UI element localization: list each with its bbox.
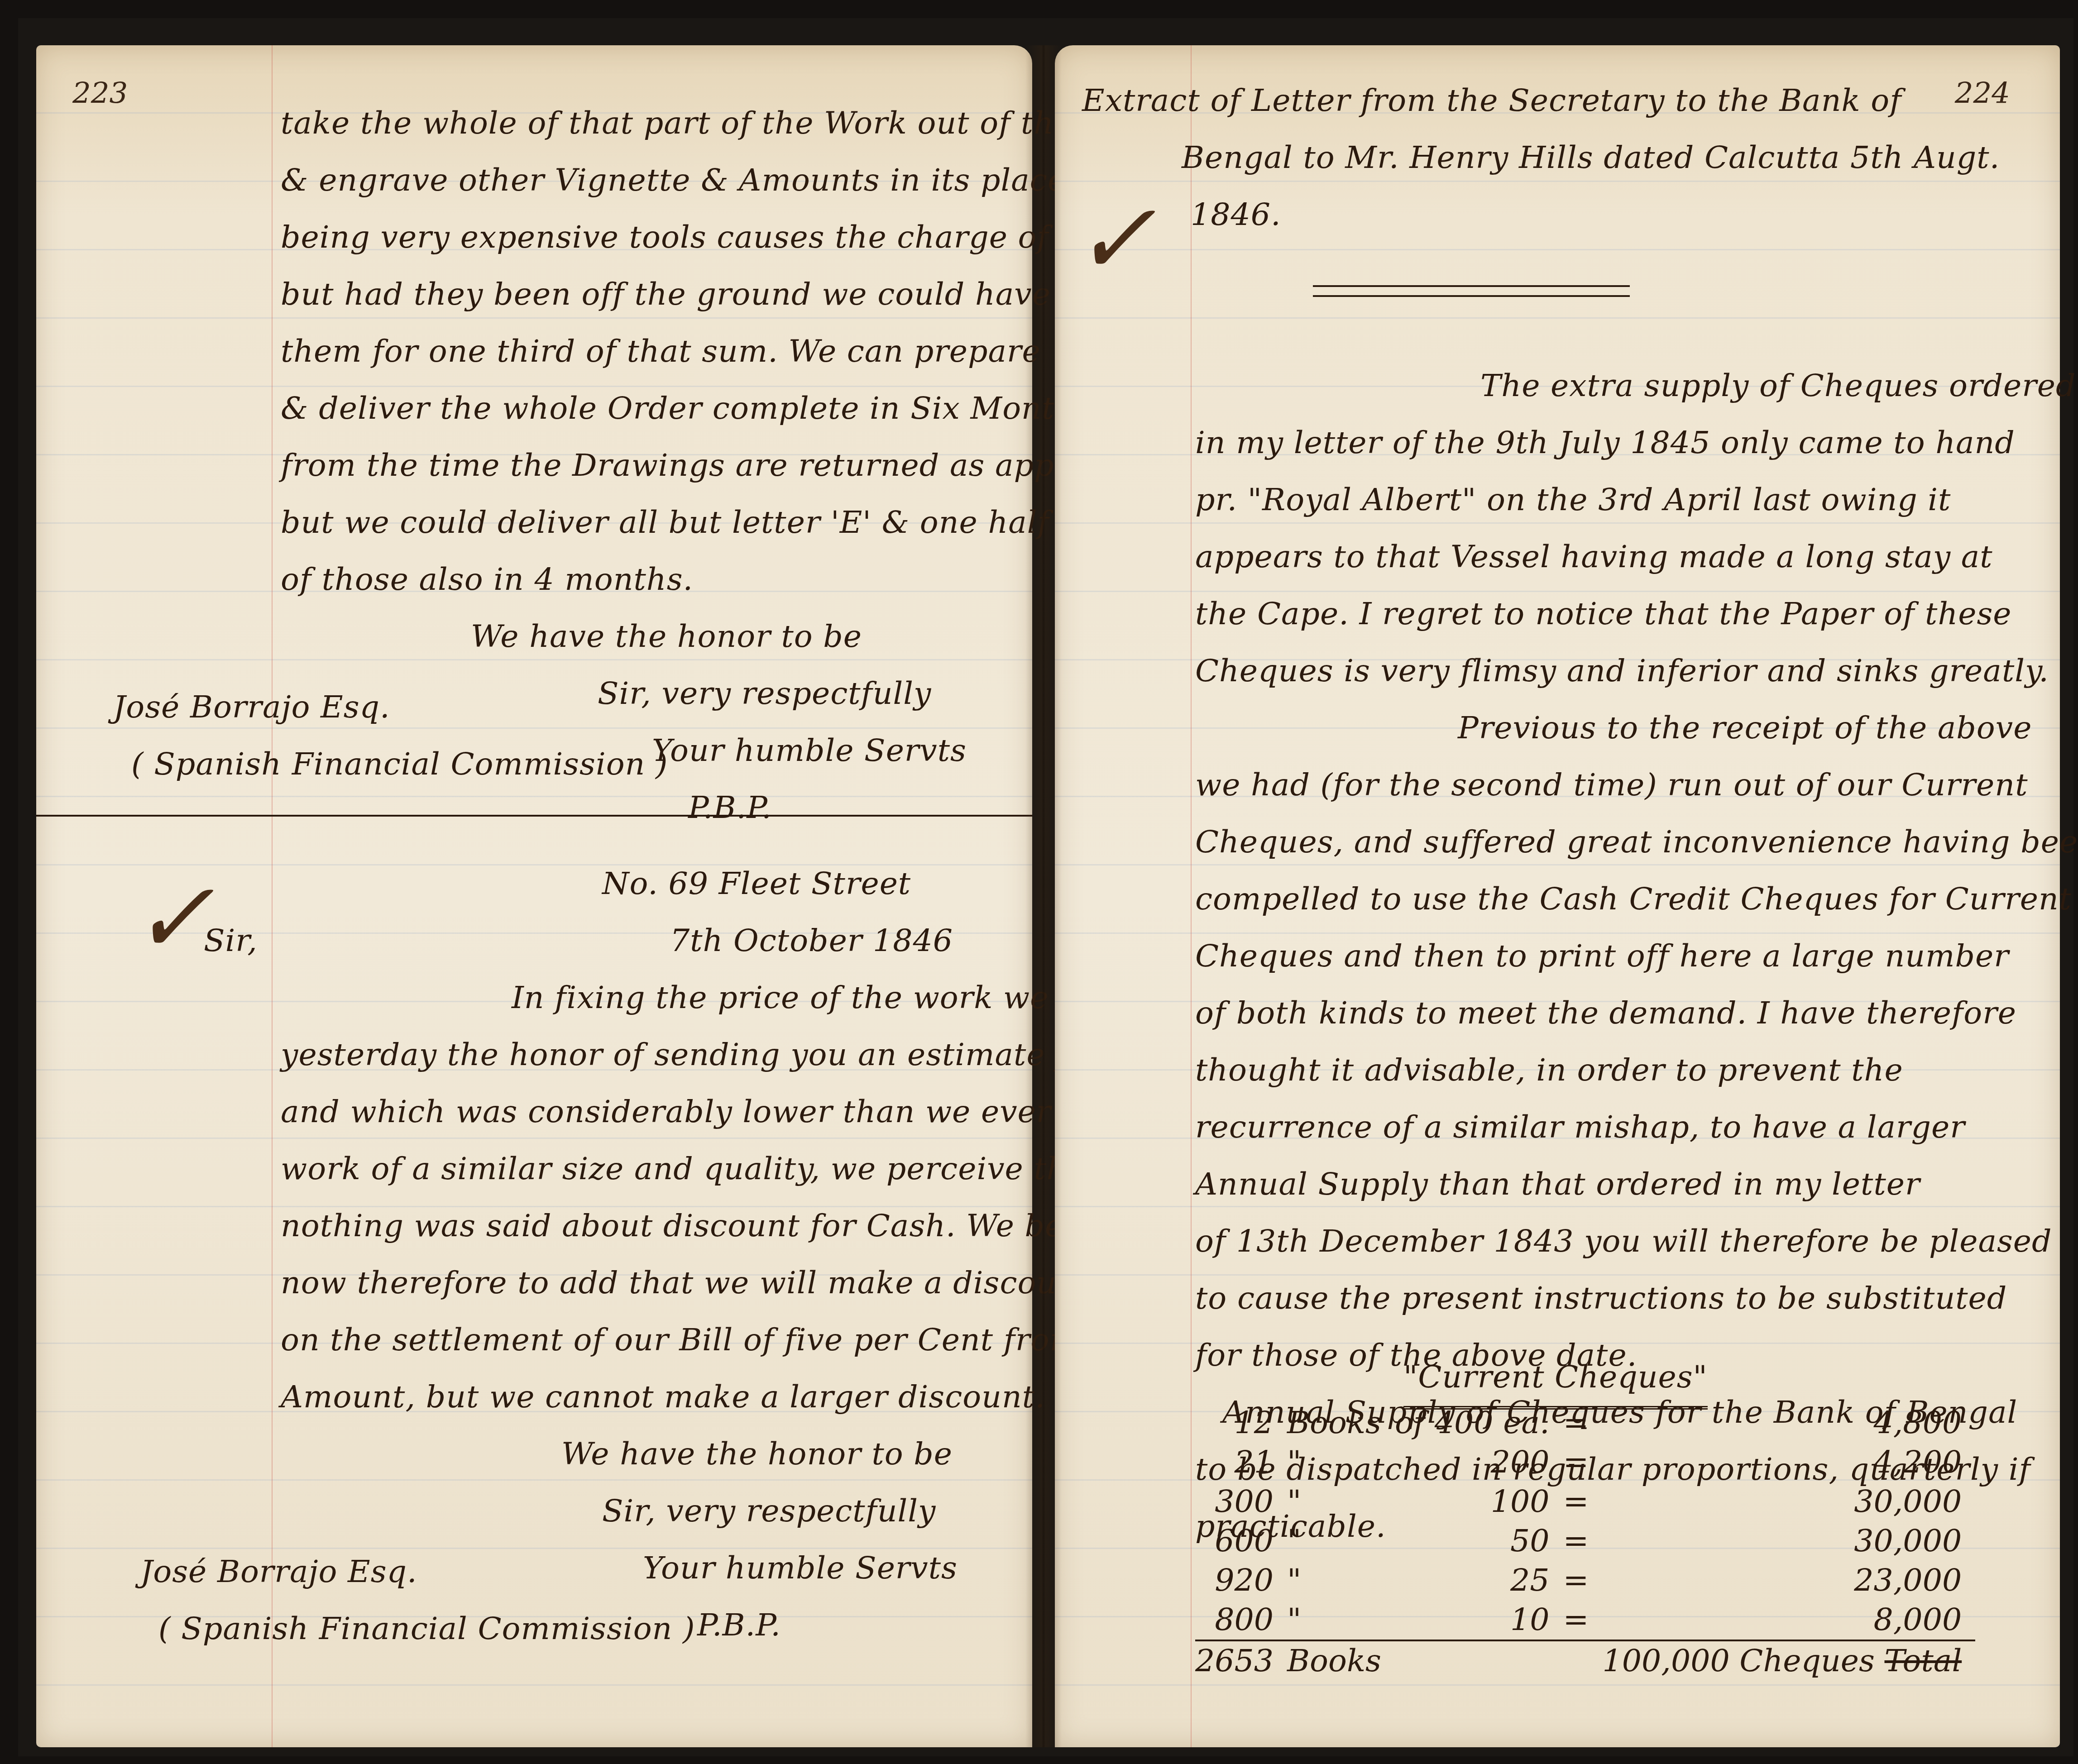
text-line: on the settlement of our Bill of five pe… bbox=[113, 1312, 1019, 1369]
per-book: 100 bbox=[1395, 1482, 1563, 1521]
table-title: "Current Cheques" bbox=[1403, 1349, 1708, 1410]
total-books: 2653 bbox=[1195, 1640, 1287, 1681]
per-book: 50 bbox=[1395, 1521, 1563, 1561]
text-line: & engrave other Vignette & Amounts in it… bbox=[281, 152, 1023, 209]
ledger-book: 223 take the whole of that part of the W… bbox=[18, 18, 2073, 1756]
text-line: them for one third of that sum. We can p… bbox=[281, 323, 1023, 380]
text-line: Cheques is very flimsy and inferior and … bbox=[1195, 643, 2046, 700]
per-book: of 400 ea. bbox=[1395, 1403, 1563, 1443]
books-count: 800 bbox=[1195, 1600, 1287, 1640]
equals: = bbox=[1563, 1561, 1603, 1600]
total-cheques-value: 100,000 bbox=[1603, 1643, 1730, 1679]
wavy-divider bbox=[1313, 285, 1630, 297]
text-line: in my letter of the 9th July 1845 only c… bbox=[1195, 415, 2046, 472]
heading-line: 1846. bbox=[1082, 186, 2033, 244]
left-page: 223 take the whole of that part of the W… bbox=[36, 45, 1032, 1747]
equals: = bbox=[1563, 1403, 1603, 1443]
letter-2: No. 69 Fleet Street 7th October 1846 Sir… bbox=[113, 856, 1019, 1654]
text-line: of 13th December 1843 you will therefore… bbox=[1195, 1213, 2046, 1270]
unit: " bbox=[1287, 1600, 1395, 1640]
struck-total-word: Total bbox=[1885, 1643, 1962, 1679]
text-line: yesterday the honor of sending you an es… bbox=[113, 1027, 1019, 1084]
per-book: 25 bbox=[1395, 1561, 1563, 1600]
text-line: being very expensive tools causes the ch… bbox=[281, 209, 1023, 266]
table-row: 21 " 200 = 4,200 bbox=[1195, 1443, 1975, 1482]
equals: = bbox=[1563, 1482, 1603, 1521]
text-line: Cheques, and suffered great inconvenienc… bbox=[1195, 814, 2046, 871]
text-line: take the whole of that part of the Work … bbox=[281, 95, 1023, 152]
text-line: thought it advisable, in order to preven… bbox=[1195, 1042, 2046, 1099]
cheque-table-wrapper: 12 Books of 400 ea. = 4,800 21 " 200 = 4… bbox=[1195, 1403, 1975, 1681]
cheque-count: 30,000 bbox=[1603, 1482, 1976, 1521]
extract-heading: Extract of Letter from the Secretary to … bbox=[1082, 72, 2033, 244]
text-line: but we could deliver all but letter 'E' … bbox=[281, 494, 1023, 551]
heading-line: Bengal to Mr. Henry Hills dated Calcutta… bbox=[1082, 129, 2033, 186]
right-page: 224 ✓ Extract of Letter from the Secreta… bbox=[1055, 45, 2060, 1747]
books-count: 600 bbox=[1195, 1521, 1287, 1561]
text-line: we had (for the second time) run out of … bbox=[1195, 757, 2046, 814]
text-line: appears to that Vessel having made a lon… bbox=[1195, 529, 2046, 586]
addressee-block: José Borrajo Esq. ( Spanish Financial Co… bbox=[140, 1544, 695, 1658]
total-unit: Books bbox=[1287, 1640, 1395, 1681]
addressee-org: ( Spanish Financial Commission ) bbox=[113, 736, 668, 793]
books-count: 300 bbox=[1195, 1482, 1287, 1521]
text-line: and which was considerably lower than we… bbox=[113, 1084, 1019, 1141]
unit: " bbox=[1287, 1521, 1395, 1561]
unit: Books bbox=[1287, 1403, 1395, 1443]
table-row: 800 " 10 = 8,000 bbox=[1195, 1600, 1975, 1640]
addressee-name: José Borrajo Esq. bbox=[140, 1544, 695, 1601]
heading-line: Extract of Letter from the Secretary to … bbox=[1082, 72, 2033, 129]
cheque-count: 23,000 bbox=[1603, 1561, 1976, 1600]
closing-line: We have the honor to be bbox=[281, 608, 1023, 665]
per-book: 10 bbox=[1395, 1600, 1563, 1640]
addressee-block: José Borrajo Esq. ( Spanish Financial Co… bbox=[113, 679, 668, 793]
closing-line: Sir, very respectfully bbox=[113, 1483, 1019, 1540]
table-title-text: "Current Cheques" bbox=[1403, 1349, 1708, 1410]
closing-line: We have the honor to be bbox=[113, 1426, 1019, 1483]
unit: " bbox=[1287, 1443, 1395, 1482]
text-line: the Cape. I regret to notice that the Pa… bbox=[1195, 586, 2046, 643]
text-line: work of a similar size and quality, we p… bbox=[113, 1141, 1019, 1198]
text-line: Amount, but we cannot make a larger disc… bbox=[113, 1369, 1019, 1426]
cheque-count: 8,000 bbox=[1603, 1600, 1976, 1640]
unit: " bbox=[1287, 1561, 1395, 1600]
text-line: recurrence of a similar mishap, to have … bbox=[1195, 1099, 2046, 1156]
table-total-row: 2653 Books 100,000 Cheques Total bbox=[1195, 1640, 1975, 1681]
text-line: Cheques and then to print off here a lar… bbox=[1195, 928, 2046, 985]
equals: = bbox=[1563, 1521, 1603, 1561]
text-line: but had they been off the ground we coul… bbox=[281, 266, 1023, 323]
total-cheques-label: Cheques bbox=[1739, 1643, 1875, 1679]
equals: = bbox=[1563, 1443, 1603, 1482]
text-line: Annual Supply than that ordered in my le… bbox=[1195, 1156, 2046, 1213]
text-line: nothing was said about discount for Cash… bbox=[113, 1198, 1019, 1255]
text-line: Previous to the receipt of the above bbox=[1195, 700, 2046, 757]
cheque-table: 12 Books of 400 ea. = 4,800 21 " 200 = 4… bbox=[1195, 1403, 1975, 1681]
text-line: of both kinds to meet the demand. I have… bbox=[1195, 985, 2046, 1042]
text-line: of those also in 4 months. bbox=[281, 551, 1023, 608]
books-count: 920 bbox=[1195, 1561, 1287, 1600]
section-divider bbox=[36, 815, 1032, 817]
table-row: 920 " 25 = 23,000 bbox=[1195, 1561, 1975, 1600]
text-line: compelled to use the Cash Credit Cheques… bbox=[1195, 871, 2046, 928]
page-number: 223 bbox=[72, 77, 128, 110]
equals: = bbox=[1563, 1600, 1603, 1640]
total-cheques: 100,000 Cheques Total bbox=[1603, 1640, 1976, 1681]
addressee-name: José Borrajo Esq. bbox=[113, 679, 668, 736]
margin-rule bbox=[1191, 45, 1192, 1747]
books-count: 21 bbox=[1195, 1443, 1287, 1482]
cheque-count: 30,000 bbox=[1603, 1521, 1976, 1561]
letter-address: No. 69 Fleet Street bbox=[113, 856, 1019, 913]
text-line: In fixing the price of the work we had bbox=[113, 970, 1019, 1027]
text-line: to cause the present instructions to be … bbox=[1195, 1270, 2046, 1327]
cheque-count: 4,200 bbox=[1603, 1443, 1976, 1482]
per-book: 200 bbox=[1395, 1443, 1563, 1482]
text-line: & deliver the whole Order complete in Si… bbox=[281, 380, 1023, 437]
text-line: from the time the Drawings are returned … bbox=[281, 437, 1023, 494]
table-row: 12 Books of 400 ea. = 4,800 bbox=[1195, 1403, 1975, 1443]
table-row: 300 " 100 = 30,000 bbox=[1195, 1482, 1975, 1521]
text-line: The extra supply of Cheques ordered bbox=[1195, 358, 2046, 415]
cheque-count: 4,800 bbox=[1603, 1403, 1976, 1443]
table-row: 600 " 50 = 30,000 bbox=[1195, 1521, 1975, 1561]
unit: " bbox=[1287, 1482, 1395, 1521]
text-line: now therefore to add that we will make a… bbox=[113, 1255, 1019, 1312]
text-line: pr. "Royal Albert" on the 3rd April last… bbox=[1195, 472, 2046, 529]
books-count: 12 bbox=[1195, 1403, 1287, 1443]
addressee-org: ( Spanish Financial Commission ) bbox=[140, 1601, 695, 1658]
